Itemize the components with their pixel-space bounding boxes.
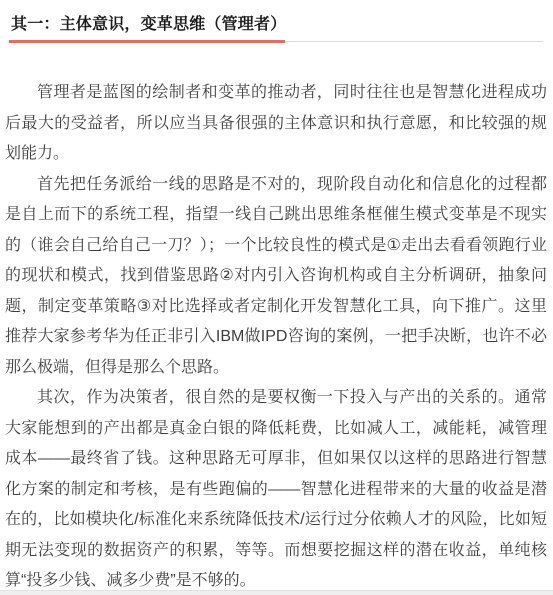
- section-title: 其一：主体意识，变革思维（管理者）: [11, 14, 543, 36]
- bottom-divider: [0, 590, 553, 595]
- title-underline: [9, 40, 543, 43]
- article-body: 管理者是蓝图的绘制者和变革的推动者，同时往往也是智慧化进程成功后最大的受益者，所…: [5, 78, 547, 595]
- paragraph-managers-role: 管理者是蓝图的绘制者和变革的推动者，同时往往也是智慧化进程成功后最大的受益者，所…: [5, 78, 547, 170]
- paragraph-top-down-approach: 首先把任务派给一线的思路是不对的，现阶段自动化和信息化的过程都是自上而下的系统工…: [5, 170, 547, 384]
- article-page: 其一：主体意识，变革思维（管理者） 管理者是蓝图的绘制者和变革的推动者，同时往往…: [0, 0, 553, 595]
- paragraph-input-output-tradeoff: 其次，作为决策者，很自然的是要权衡一下投入与产出的关系的。通常大家能想到的产出都…: [5, 383, 547, 595]
- article-header: 其一：主体意识，变革思维（管理者）: [11, 14, 543, 36]
- title-underline-accent: [9, 40, 285, 43]
